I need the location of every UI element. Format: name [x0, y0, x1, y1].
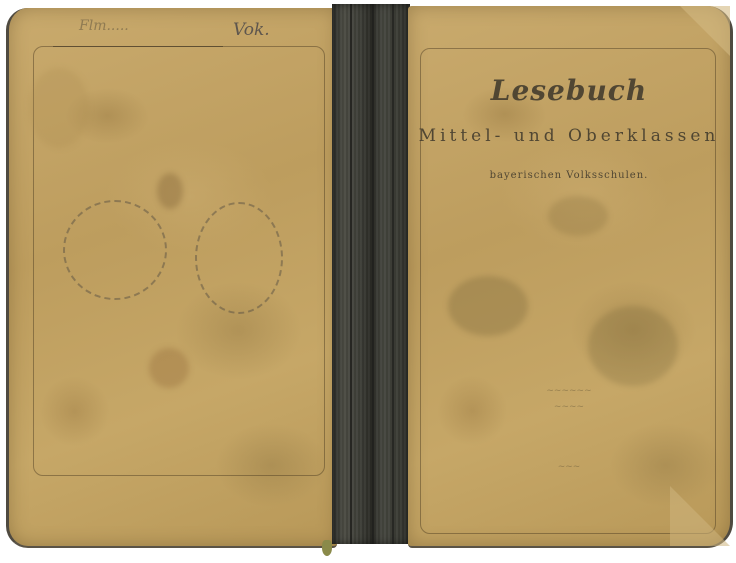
book-spine: [332, 4, 410, 544]
stain: [157, 173, 183, 209]
book-title: Lesebuch: [408, 74, 730, 107]
library-stamp-icon: [63, 200, 167, 300]
stain: [448, 276, 528, 336]
book-subtitle: Mittel- und Oberklassen: [408, 126, 730, 146]
corner-wear: [670, 486, 730, 546]
stain: [29, 68, 89, 148]
loose-thread: [322, 540, 332, 556]
book-subtitle-2: bayerischen Volksschulen.: [408, 170, 730, 181]
stain: [149, 348, 189, 388]
publisher-line: ~~~: [408, 462, 730, 472]
corner-wear: [680, 6, 730, 56]
library-stamp-icon: [195, 202, 283, 314]
stain: [588, 306, 678, 386]
spine-fold: [372, 4, 374, 544]
stain: [548, 196, 608, 236]
spine-fold: [392, 4, 394, 544]
front-cover: Lesebuch Mittel- und Oberklassen bayeris…: [408, 6, 733, 548]
publisher-line: ~~~~: [408, 402, 730, 412]
signature-line: [53, 46, 223, 47]
handwritten-name: Flm.....: [79, 18, 129, 34]
back-cover: Flm..... Vok.: [6, 8, 337, 548]
spine-fold: [350, 4, 352, 544]
handwritten-mark: Vok.: [233, 20, 270, 40]
publisher-line: ~~~~~~: [408, 386, 730, 396]
